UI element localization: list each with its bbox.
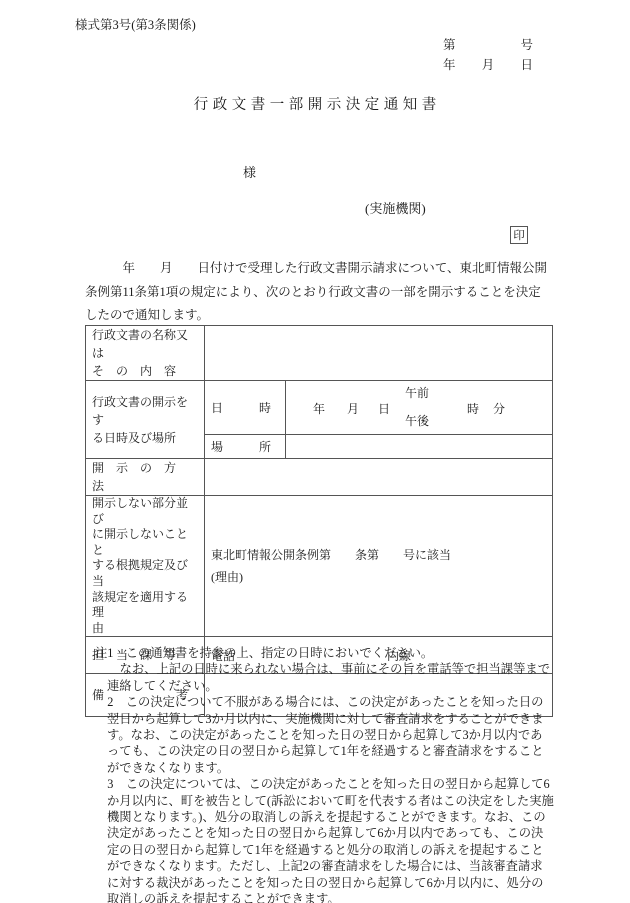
note-item: 2 この決定について不服がある場合には、この決定があったことを知った日の翌日から… bbox=[95, 694, 554, 776]
note-item: 注1 この通知書を持参の上、指定の日時においでください。 bbox=[95, 645, 554, 661]
table-row-datetime: 行政文書の開示をする日時及び場所 日 時 年 月 日 午前 午後 時 分 bbox=[86, 381, 553, 435]
dt-day-label: 日 bbox=[378, 400, 390, 417]
method-label: 開 示 の 方 法 bbox=[86, 459, 205, 496]
doc-name-label: 行政文書の名称又はそ の 内 容 bbox=[86, 326, 205, 381]
date-day-label: 日 bbox=[520, 55, 533, 75]
table-row-reason: 開示しない部分並びに開示しないこととする根拠規定及び当該規定を適用する理由 東北… bbox=[86, 496, 553, 637]
place-sublabel: 場 所 bbox=[205, 435, 286, 459]
datetime-place-label: 行政文書の開示をする日時及び場所 bbox=[86, 381, 205, 459]
addressee-suffix: 様 bbox=[243, 162, 256, 181]
date-month-label: 月 bbox=[482, 55, 495, 75]
dt-month-label: 月 bbox=[347, 400, 359, 417]
page-title: 行政文書一部開示決定通知書 bbox=[0, 93, 630, 114]
dt-am-label: 午前 bbox=[405, 384, 429, 401]
doc-number-suffix: 号 bbox=[520, 35, 533, 55]
seal-stamp: 印 bbox=[510, 226, 528, 244]
date-year-label: 年 bbox=[443, 55, 456, 75]
date-line: 年 月 日 bbox=[443, 55, 533, 75]
dt-minute-label: 分 bbox=[493, 400, 505, 417]
datetime-value-cell: 年 月 日 午前 午後 時 分 bbox=[286, 381, 553, 435]
dt-hour-label: 時 bbox=[467, 400, 479, 417]
document-page: 様式第3号(第3条関係) 第 号 年 月 日 行政文書一部開示決定通知書 様 (… bbox=[0, 0, 630, 903]
datetime-sublabel: 日 時 bbox=[205, 381, 286, 435]
form-number-label: 様式第3号(第3条関係) bbox=[75, 15, 196, 33]
reason-label: 開示しない部分並びに開示しないこととする根拠規定及び当該規定を適用する理由 bbox=[86, 496, 205, 637]
place-value bbox=[286, 435, 553, 459]
dt-year-label: 年 bbox=[313, 400, 325, 417]
issuer-label: (実施機関) bbox=[365, 198, 426, 217]
header-number-date-block: 第 号 年 月 日 bbox=[443, 35, 533, 75]
table-row-doc-name: 行政文書の名称又はそ の 内 容 bbox=[86, 326, 553, 381]
table-row-method: 開 示 の 方 法 bbox=[86, 459, 553, 496]
body-paragraph: 年 月 日付けで受理した行政文書開示請求について、東北町情報公開条例第11条第1… bbox=[85, 257, 553, 328]
reason-value: 東北町情報公開条例第 条第 号に該当(理由) bbox=[205, 496, 553, 637]
notes-section: 注1 この通知書を持参の上、指定の日時においでください。 なお、上記の日時に来ら… bbox=[95, 645, 554, 903]
doc-name-value bbox=[205, 326, 553, 381]
note-item: 3 この決定については、この決定があったことを知った日の翌日から起算して6か月以… bbox=[95, 776, 554, 903]
note-item: なお、上記の日時に来られない場合は、事前にその旨を電話等で担当課等まで連絡してく… bbox=[95, 661, 554, 694]
doc-number-line: 第 号 bbox=[443, 35, 533, 55]
doc-number-prefix: 第 bbox=[443, 35, 456, 55]
dt-pm-label: 午後 bbox=[405, 412, 429, 429]
method-value bbox=[205, 459, 553, 496]
